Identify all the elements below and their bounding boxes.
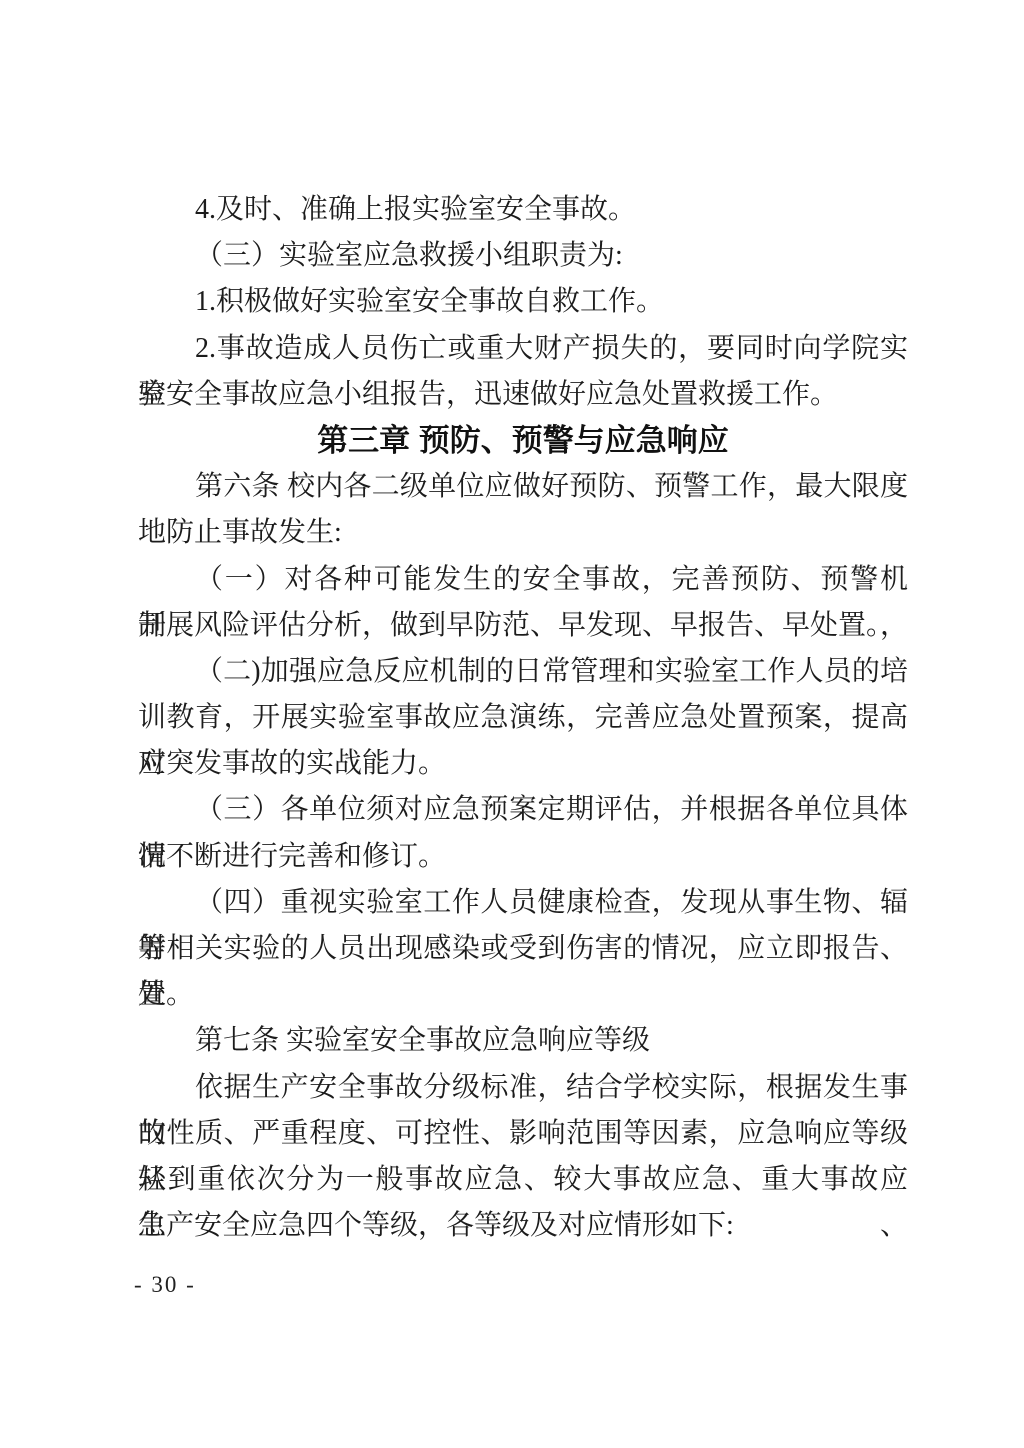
document-text-block: 4.及时、准确上报实验室安全事故。（三）实验室应急救援小组职责为:1.积极做好实… [138, 187, 908, 1249]
text-line: 1.积极做好实验室安全事故自救工作。 [138, 279, 908, 325]
page-number: - 30 - [134, 1272, 196, 1298]
text-line: 2.事故造成人员伤亡或重大财产损失的，要同时向学院实验 [138, 326, 908, 372]
text-line: （三）实验室应急救援小组职责为: [138, 233, 908, 279]
text-line: 第六条 校内各二级单位应做好预防、预警工作，最大限度 [138, 464, 908, 510]
text-line: 况不断进行完善和修订。 [138, 834, 908, 880]
text-line: 的性质、严重程度、可控性、影响范围等因素，应急响应等级从 [138, 1111, 908, 1157]
text-line: 4.及时、准确上报实验室安全事故。 [138, 187, 908, 233]
text-line: 置。 [138, 972, 908, 1018]
text-line: 室安全事故应急小组报告，迅速做好应急处置救援工作。 [138, 372, 908, 418]
document-page: 4.及时、准确上报实验室安全事故。（三）实验室应急救援小组职责为:1.积极做好实… [0, 0, 1024, 1448]
text-line: （三）各单位须对应急预案定期评估，并根据各单位具体情 [138, 787, 908, 833]
text-line: 轻到重依次分为一般事故应急、较大事故应急、重大事故应急、 [138, 1157, 908, 1203]
text-line: 依据生产安全事故分级标准，结合学校实际，根据发生事故 [138, 1065, 908, 1111]
text-line: 开展风险评估分析，做到早防范、早发现、早报告、早处置。 [138, 603, 908, 649]
text-line: 第七条 实验室安全事故应急响应等级 [138, 1018, 908, 1064]
chapter-heading: 第三章 预防、预警与应急响应 [138, 418, 908, 464]
text-line: 等相关实验的人员出现感染或受到伤害的情况，应立即报告、处 [138, 926, 908, 972]
text-line: （一）对各种可能发生的安全事故，完善预防、预警机制， [138, 557, 908, 603]
text-line: 地防止事故发生: [138, 510, 908, 556]
text-line: 对突发事故的实战能力。 [138, 741, 908, 787]
text-line: （二)加强应急反应机制的日常管理和实验室工作人员的培 [138, 649, 908, 695]
text-line: 训教育，开展实验室事故应急演练，完善应急处置预案，提高应 [138, 695, 908, 741]
text-line: （四）重视实验室工作人员健康检查，发现从事生物、辐射 [138, 880, 908, 926]
